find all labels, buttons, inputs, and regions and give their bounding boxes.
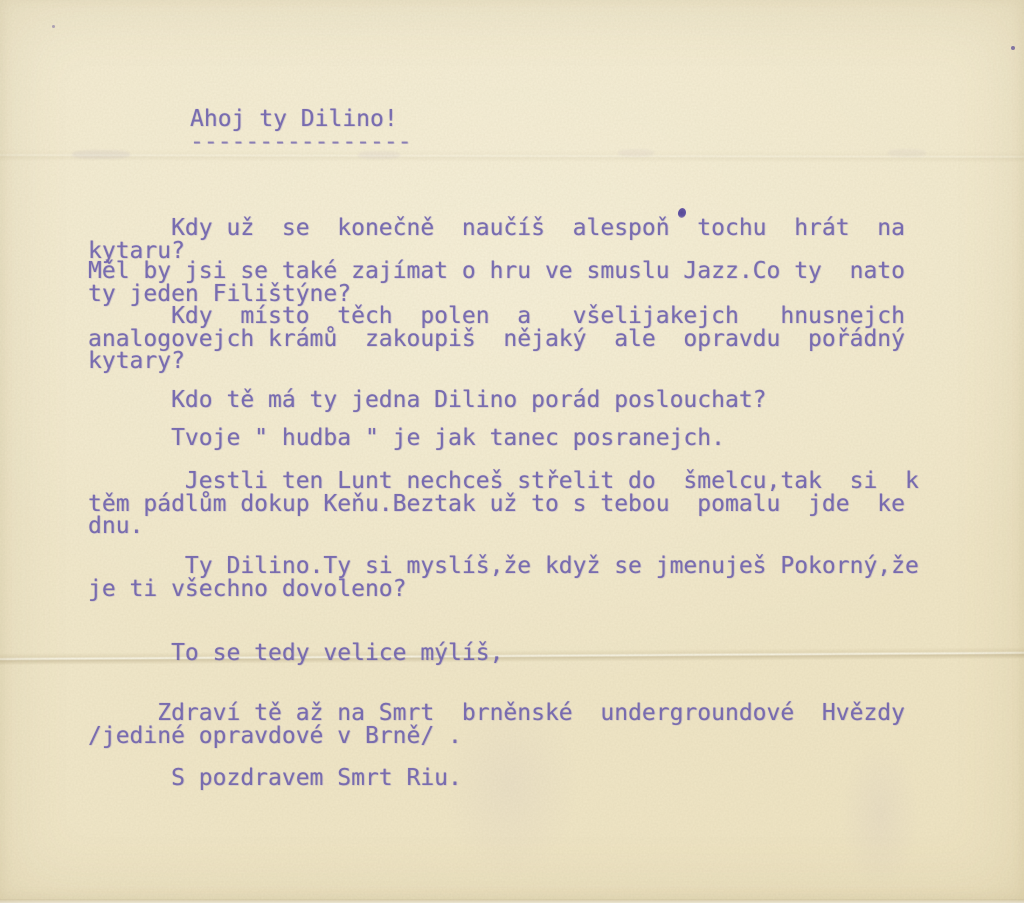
ink-smudge <box>888 149 926 157</box>
ink-speck <box>52 25 55 28</box>
scanned-letter-page: Ahoj ty Dilino! ---------------- Kdy už … <box>0 0 1024 903</box>
letter-line: Ty Dilino.Ty si myslíš,že když se jmenuj… <box>88 555 919 577</box>
ink-bleed-ghost <box>840 740 920 890</box>
letter-line: Měl by jsi se také zajímat o hru ve smus… <box>88 260 905 282</box>
scan-bottom-edge <box>0 899 1024 903</box>
letter-line: /jediné opravdové v Brně/ . <box>88 725 462 747</box>
letter-heading: Ahoj ty Dilino! <box>190 108 398 130</box>
ink-smudge <box>72 150 130 159</box>
letter-line: kytary? <box>88 350 185 372</box>
letter-line: je ti všechno dovoleno? <box>88 578 407 600</box>
letter-line: těm pádlům dokup Keňu.Beztak už to s teb… <box>88 493 905 515</box>
letter-line: Kdo tě má ty jedna Dilino porád poslouch… <box>88 389 767 411</box>
letter-line: analogovejch krámů zakoupiš nějaký ale o… <box>88 328 905 350</box>
letter-line: To se tedy velice mýlíš, <box>88 642 503 664</box>
heading-underline: ---------------- <box>190 131 412 153</box>
letter-line: Jestli ten Lunt nechceš střelit do šmelc… <box>88 470 919 492</box>
ink-smudge <box>618 149 654 157</box>
letter-line: dnu. <box>88 515 143 537</box>
ink-speck <box>1011 46 1015 50</box>
letter-line: Tvoje " hudba " je jak tanec posranejch. <box>88 427 725 449</box>
paper-fold-crease-top <box>0 149 1024 163</box>
letter-line: Zdraví tě až na Smrt brněnské undergroun… <box>88 702 905 724</box>
letter-line: Kdy už se konečně naučíš alespoň tochu h… <box>88 217 905 239</box>
letter-line: S pozdravem Smrt Riu. <box>88 767 462 789</box>
letter-line: ty jeden Filištýne? <box>88 283 351 305</box>
letter-line: Kdy místo těch polen a všelijakejch hnus… <box>88 305 905 327</box>
